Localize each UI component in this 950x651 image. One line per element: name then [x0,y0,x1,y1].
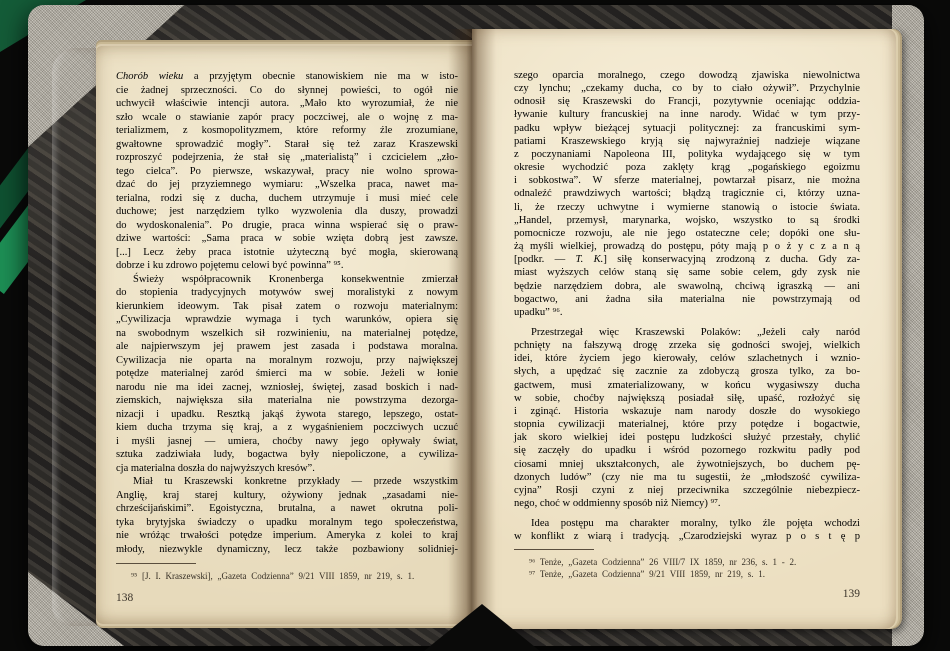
text-line: czy lynchu; „czekamy ducha, co by to cia… [514,82,860,95]
text-span: rozproszyć podejrzenia, że stał się „mat… [116,152,458,163]
text-line: ływanie kultury francuskiej na inne naro… [514,108,860,121]
text-line: uchwycił właściwie intencji autora. „Mał… [116,97,458,111]
text-span: li, że rzeczy uchwytne i wymierne stanow… [514,202,860,213]
text-line: bogactwo, ani żadna siła materialna nie … [514,293,860,306]
text-line: dobrze i ku zdrowo pojętemu celowi być p… [116,259,458,273]
left-page-footnotes-block: ⁹⁵ [J. I. Kraszewski], „Gazeta Codzienna… [116,563,458,582]
text-span: dobrze i ku zdrowo pojętemu celowi być p… [116,260,343,271]
text-span: Cywilizacja nie oparta na moralnym rozwo… [116,355,458,366]
text-line: terializmem, z kosmopolityzmem, które re… [116,124,458,138]
footnote-line: ⁹⁷ Tenże, „Gazeta Codzienna” 9/21 VIII 1… [514,568,860,580]
text-line: tego cielca”. Po pierwsze, wskazywał, pr… [116,165,458,179]
text-line: cja materialna doszła do najwyższych kre… [116,462,458,476]
footnote-separator [514,549,594,550]
text-line: nego, choć w oddmienny sposób niż Niemcy… [514,497,860,510]
footnote-line: ⁹⁵ [J. I. Kraszewski], „Gazeta Codzienna… [116,570,458,582]
text-span: ⁹⁶ Tenże, „Gazeta Codzienna” 26 VIII/7 I… [529,557,796,567]
text-span: do stopienia tradycyjnych motywów swej m… [116,287,458,298]
text-span: potędze materialnej zaród śmierci ma w s… [116,368,458,379]
text-span: [podkr. — [514,254,576,265]
text-line: ale najpierwszym jej prawem jest zasada … [116,340,458,354]
text-line: jak skoro wielkiej idei postępu ludzkośc… [514,431,860,444]
text-span: Świeży współpracownik Kronenberga konsek… [133,274,458,285]
text-span: do wydoskonalenia”. Po drugie, praca win… [116,220,458,231]
text-line: do wydoskonalenia”. Po drugie, praca win… [116,219,458,233]
text-span: dziwe wartości: „Sama praca w sobie wzię… [116,233,458,244]
text-line: dziwe wartości: „Sama praca w sobie wzię… [116,232,458,246]
text-span: idei, które życiem jego kierowały, celów… [514,353,860,364]
text-line: patiami Kraszewskiego kryją się najwyraź… [514,135,860,148]
text-line: słych, a upędzać się zacznie za zdobyczą… [514,365,860,378]
text-line: z poczynaniami Napoleona III, polityka w… [514,148,860,161]
text-line: ziemskich, największa siła materialna ni… [116,394,458,408]
text-span: chrześcijańskimi”. Egoistyczna, brutalna… [116,503,458,514]
text-line: stopnia cywilizacji materialnej, które p… [514,418,860,431]
text-span: z poczynaniami Napoleona III, polityka w… [514,149,860,160]
text-span: duchowe; jest narzędziem tylko wyzwoleni… [116,206,458,217]
text-span: sztuka zadziwiała ludy, bogactwa były ni… [116,449,458,460]
text-line: Świeży współpracownik Kronenberga konsek… [116,273,458,287]
text-line: dzonych ludów” (czy nie ma tu sugestii, … [514,471,860,484]
text-span: odnaleźć prawdziwych wartości; błądzą tr… [514,188,860,199]
text-span: słych, a upędzać się zacznie za zdobyczą… [514,366,860,377]
text-span: Idea postępu ma charakter moralny, tylko… [531,518,860,529]
text-span: i myśli jasnej — umiera, choćby nawy jeg… [116,436,458,447]
text-span: gwałtowne sprowadzić mogły”. Starał się … [116,139,458,150]
text-span: terialna, rodzi się z ducha, duchem utrz… [116,193,458,204]
text-line: „Cywilizacja wprawdzie wymaga i tych war… [116,313,458,327]
text-line: Chorób wieku a przyjętym obecnie stanowi… [116,70,458,84]
text-span: tyka brytyjska świadczy o upadku moralny… [116,517,458,528]
text-span: narodu nie ma idei zacnej, wzniosłej, św… [116,382,458,393]
italic-text-span: T. K. [576,254,604,265]
text-span: „Cywilizacja wprawdzie wymaga i tych war… [116,314,458,325]
text-span: szło wcale o stawianie zapór pracy poczc… [116,112,458,123]
right-page-footnotes: ⁹⁶ Tenże, „Gazeta Codzienna” 26 VIII/7 I… [514,556,860,580]
text-line: narodu nie ma idei zacnej, wzniosłej, św… [116,381,458,395]
text-line: żą myśli wielkiej, prowadzą do postępu, … [514,240,860,253]
text-span: ływanie kultury francuskiej na inne naro… [514,109,860,120]
text-line: pchnięty na fałszywą drogę zrzeka się go… [514,339,860,352]
text-span: młody, niezwykle dynamiczny, lecz także … [116,544,458,555]
text-span: uchwycił właściwie intencji autora. „Mał… [116,98,458,109]
text-span: upadku” ⁹⁶. [514,307,563,318]
text-span: padku wpływ bieżącej sytuacji polityczne… [514,123,860,134]
text-span: ⁹⁷ Tenże, „Gazeta Codzienna” 9/21 VIII 1… [529,569,765,579]
text-line: odnosił się Kraszewski do Francji, pozyt… [514,95,860,108]
text-line: i zginąć. Historia wskazuje nam narody d… [514,405,860,418]
text-span: miast wyższych celów staną się same sobi… [514,267,860,278]
text-span: okresie wychodzić poza zaklęty krąg „pog… [514,162,860,173]
text-span: ciosami mniej ukształconych, ale żywotni… [514,459,860,470]
text-line: kierunkiem ideowym. Tak pisał zatem o ro… [116,300,458,314]
text-span: Anglię, kraj starej kultury, ożywiony je… [116,490,458,501]
text-span: ⁹⁵ [J. I. Kraszewski], „Gazeta Codzienna… [131,571,414,581]
text-line: Cywilizacja nie oparta na moralnym rozwo… [116,354,458,368]
text-line: młody, niezwykle dynamiczny, lecz także … [116,543,458,557]
text-line: ciosami mniej ukształconych, ale żywotni… [514,458,860,471]
text-line: szego oparcia moralnego, czego dowodzą z… [514,69,860,82]
text-line: [podkr. — T. K.] siłę konserwacyjną zrod… [514,253,860,266]
left-page-footnotes: ⁹⁵ [J. I. Kraszewski], „Gazeta Codzienna… [116,570,458,582]
text-span: czy lynchu; „czekamy ducha, co by to cia… [514,83,860,94]
text-span: nie wróżąc trwałości potędze imperium. A… [116,530,458,541]
text-line: do stopienia tradycyjnych motywów swej m… [116,286,458,300]
text-line: miast wyższych celów staną się same sobi… [514,266,860,279]
text-span: na swobodnym wszelkich sił rozwinieniu, … [116,328,458,339]
text-line: okresie wychodzić poza zaklęty krąg „pog… [514,161,860,174]
text-line: pomocnicze rozwoju, ale nie jego ostatec… [514,227,860,240]
text-line: cyjna” Rosji czyni z niej przeciwnika sz… [514,484,860,497]
text-line: idei, które życiem jego kierowały, celów… [514,352,860,365]
text-line: w konflikt z wiarą i tradycją. „Czarodzi… [514,530,860,543]
text-line: i sobkostwa”. W sferze materialnej, powt… [514,174,860,187]
text-line: szło wcale o stawianie zapór pracy poczc… [116,111,458,125]
text-line: upadku” ⁹⁶. [514,306,860,319]
text-line: Anglię, kraj starej kultury, ożywiony je… [116,489,458,503]
footnote-separator [116,563,196,564]
right-page-footnotes-block: ⁹⁶ Tenże, „Gazeta Codzienna” 26 VIII/7 I… [514,549,860,580]
text-span: pomocnicze rozwoju, ale nie jego ostatec… [514,228,860,239]
book-photo: Chorób wieku a przyjętym obecnie stanowi… [0,0,950,651]
text-line: terialna, rodzi się z ducha, duchem utrz… [116,192,458,206]
text-line: potędze materialnej zaród śmierci ma w s… [116,367,458,381]
text-span: bogactwo, ani żadna siła materialna nie … [514,294,860,305]
text-line: nie wróżąc trwałości potędze imperium. A… [116,529,458,543]
text-span: [...] Lecz żeby praca istotnie użyteczną… [116,247,458,258]
text-line: duchowe; jest narzędziem tylko wyzwoleni… [116,205,458,219]
text-span: ] siłę konserwacyjną zrodzoną z ducha. G… [603,254,860,265]
text-span: w sobie, choćby największą posiadał siłę… [514,393,860,404]
text-span: i zginąć. Historia wskazuje nam narody d… [514,406,860,417]
text-span: odnosił się Kraszewski do Francji, pozyt… [514,96,860,107]
text-span: pchnięty na fałszywą drogę zrzeka się go… [514,340,860,351]
text-line: Miał tu Kraszewski konkretne przykłady —… [116,475,458,489]
text-span: dzonych ludów” (czy nie ma tu sugestii, … [514,472,860,483]
text-span: będzie narzędziem dobra, ale swawolną, c… [514,281,860,292]
footnote-line: ⁹⁶ Tenże, „Gazeta Codzienna” 26 VIII/7 I… [514,556,860,568]
text-span: gactwem, musi zmaterializowany, w końcu … [514,380,860,391]
left-page-text: Chorób wieku a przyjętym obecnie stanowi… [116,70,458,556]
text-span: cja materialna doszła do najwyższych kre… [116,463,315,474]
text-span: a przyjętym obecnie stanowiskiem nie ma … [183,71,458,82]
text-line: cie żadnej sprzeczności. Co do słynnej p… [116,84,458,98]
text-span: terializmem, z kosmopolityzmem, które re… [116,125,458,136]
text-span: patiami Kraszewskiego kryją się najwyraź… [514,136,860,147]
text-span: cyjna” Rosji czyni z niej przeciwnika sz… [514,485,860,496]
text-line: [...] Lecz żeby praca istotnie użyteczną… [116,246,458,260]
text-span: ziemskich, największa siła materialna ni… [116,395,458,406]
right-page-number: 139 [514,588,860,600]
text-span: „Handel, przemysł, marynarka, wojsko, ws… [514,215,860,226]
text-line: będzie narzędziem dobra, ale swawolną, c… [514,280,860,293]
text-line: Idea postępu ma charakter moralny, tylko… [514,517,860,530]
text-span: stopnia cywilizacji materialnej, które p… [514,419,860,430]
text-line: Przestrzegał więc Kraszewski Polaków: „J… [514,326,860,339]
italic-text-span: Chorób wieku [116,71,183,82]
text-span: tego cielca”. Po pierwsze, wskazywał, pr… [116,166,458,177]
text-span: kierunkiem ideowym. Tak pisał zatem o ro… [116,301,458,312]
text-line: padku wpływ bieżącej sytuacji polityczne… [514,122,860,135]
left-page-number: 138 [116,592,133,604]
right-page-text: szego oparcia moralnego, czego dowodzą z… [514,69,860,543]
text-line: sztuka zadziwiała ludy, bogactwa były ni… [116,448,458,462]
text-span: w konflikt z wiarą i tradycją. „Czarodzi… [514,531,860,542]
text-line: gactwem, musi zmaterializowany, w końcu … [514,379,860,392]
text-line: kiem ducha trzyma się kraj, a z wygaśnie… [116,421,458,435]
text-line: w sobie, choćby największą posiadał siłę… [514,392,860,405]
text-span: nizacji i upadku. Resztką jakąś żywota s… [116,409,458,420]
text-span: nego, choć w oddmienny sposób niż Niemcy… [514,498,721,509]
text-line: odnaleźć prawdziwych wartości; błądzą tr… [514,187,860,200]
text-line: li, że rzeczy uchwytne i wymierne stanow… [514,201,860,214]
text-span: i sobkostwa”. W sferze materialnej, powt… [514,175,860,186]
text-span: żą myśli wielkiej, prowadzą do postępu, … [514,241,860,252]
text-span: kiem ducha trzyma się kraj, a z wygaśnie… [116,422,458,433]
text-line: tyka brytyjska świadczy o upadku moralny… [116,516,458,530]
text-line: „Handel, przemysł, marynarka, wojsko, ws… [514,214,860,227]
text-line: i myśli jasnej — umiera, choćby nawy jeg… [116,435,458,449]
text-line: się zaczęły do upadku i wśród pozornego … [514,444,860,457]
text-span: Miał tu Kraszewski konkretne przykłady —… [133,476,458,487]
text-line: na swobodnym wszelkich sił rozwinieniu, … [116,327,458,341]
text-span: Przestrzegał więc Kraszewski Polaków: „J… [531,327,860,338]
text-span: jak skoro wielkiej idei postępu ludzkośc… [514,432,860,443]
text-line: nizacji i upadku. Resztką jakąś żywota s… [116,408,458,422]
text-span: ale najpierwszym jej prawem jest zasada … [116,341,458,352]
cover-cloth-right-edge [892,5,924,646]
text-line: chrześcijańskimi”. Egoistyczna, brutalna… [116,502,458,516]
text-line: dzać do jej przyziemnego wymiaru: „Wszel… [116,178,458,192]
text-span: się zaczęły do upadku i wśród pozornego … [514,445,860,456]
text-span: szego oparcia moralnego, czego dowodzą z… [514,70,860,81]
text-span: dzać do jej przyziemnego wymiaru: „Wszel… [116,179,458,190]
text-span: cie żadnej sprzeczności. Co do słynnej p… [116,85,458,96]
text-line: rozproszyć podejrzenia, że stał się „mat… [116,151,458,165]
text-line: gwałtowne sprowadzić mogły”. Starał się … [116,138,458,152]
